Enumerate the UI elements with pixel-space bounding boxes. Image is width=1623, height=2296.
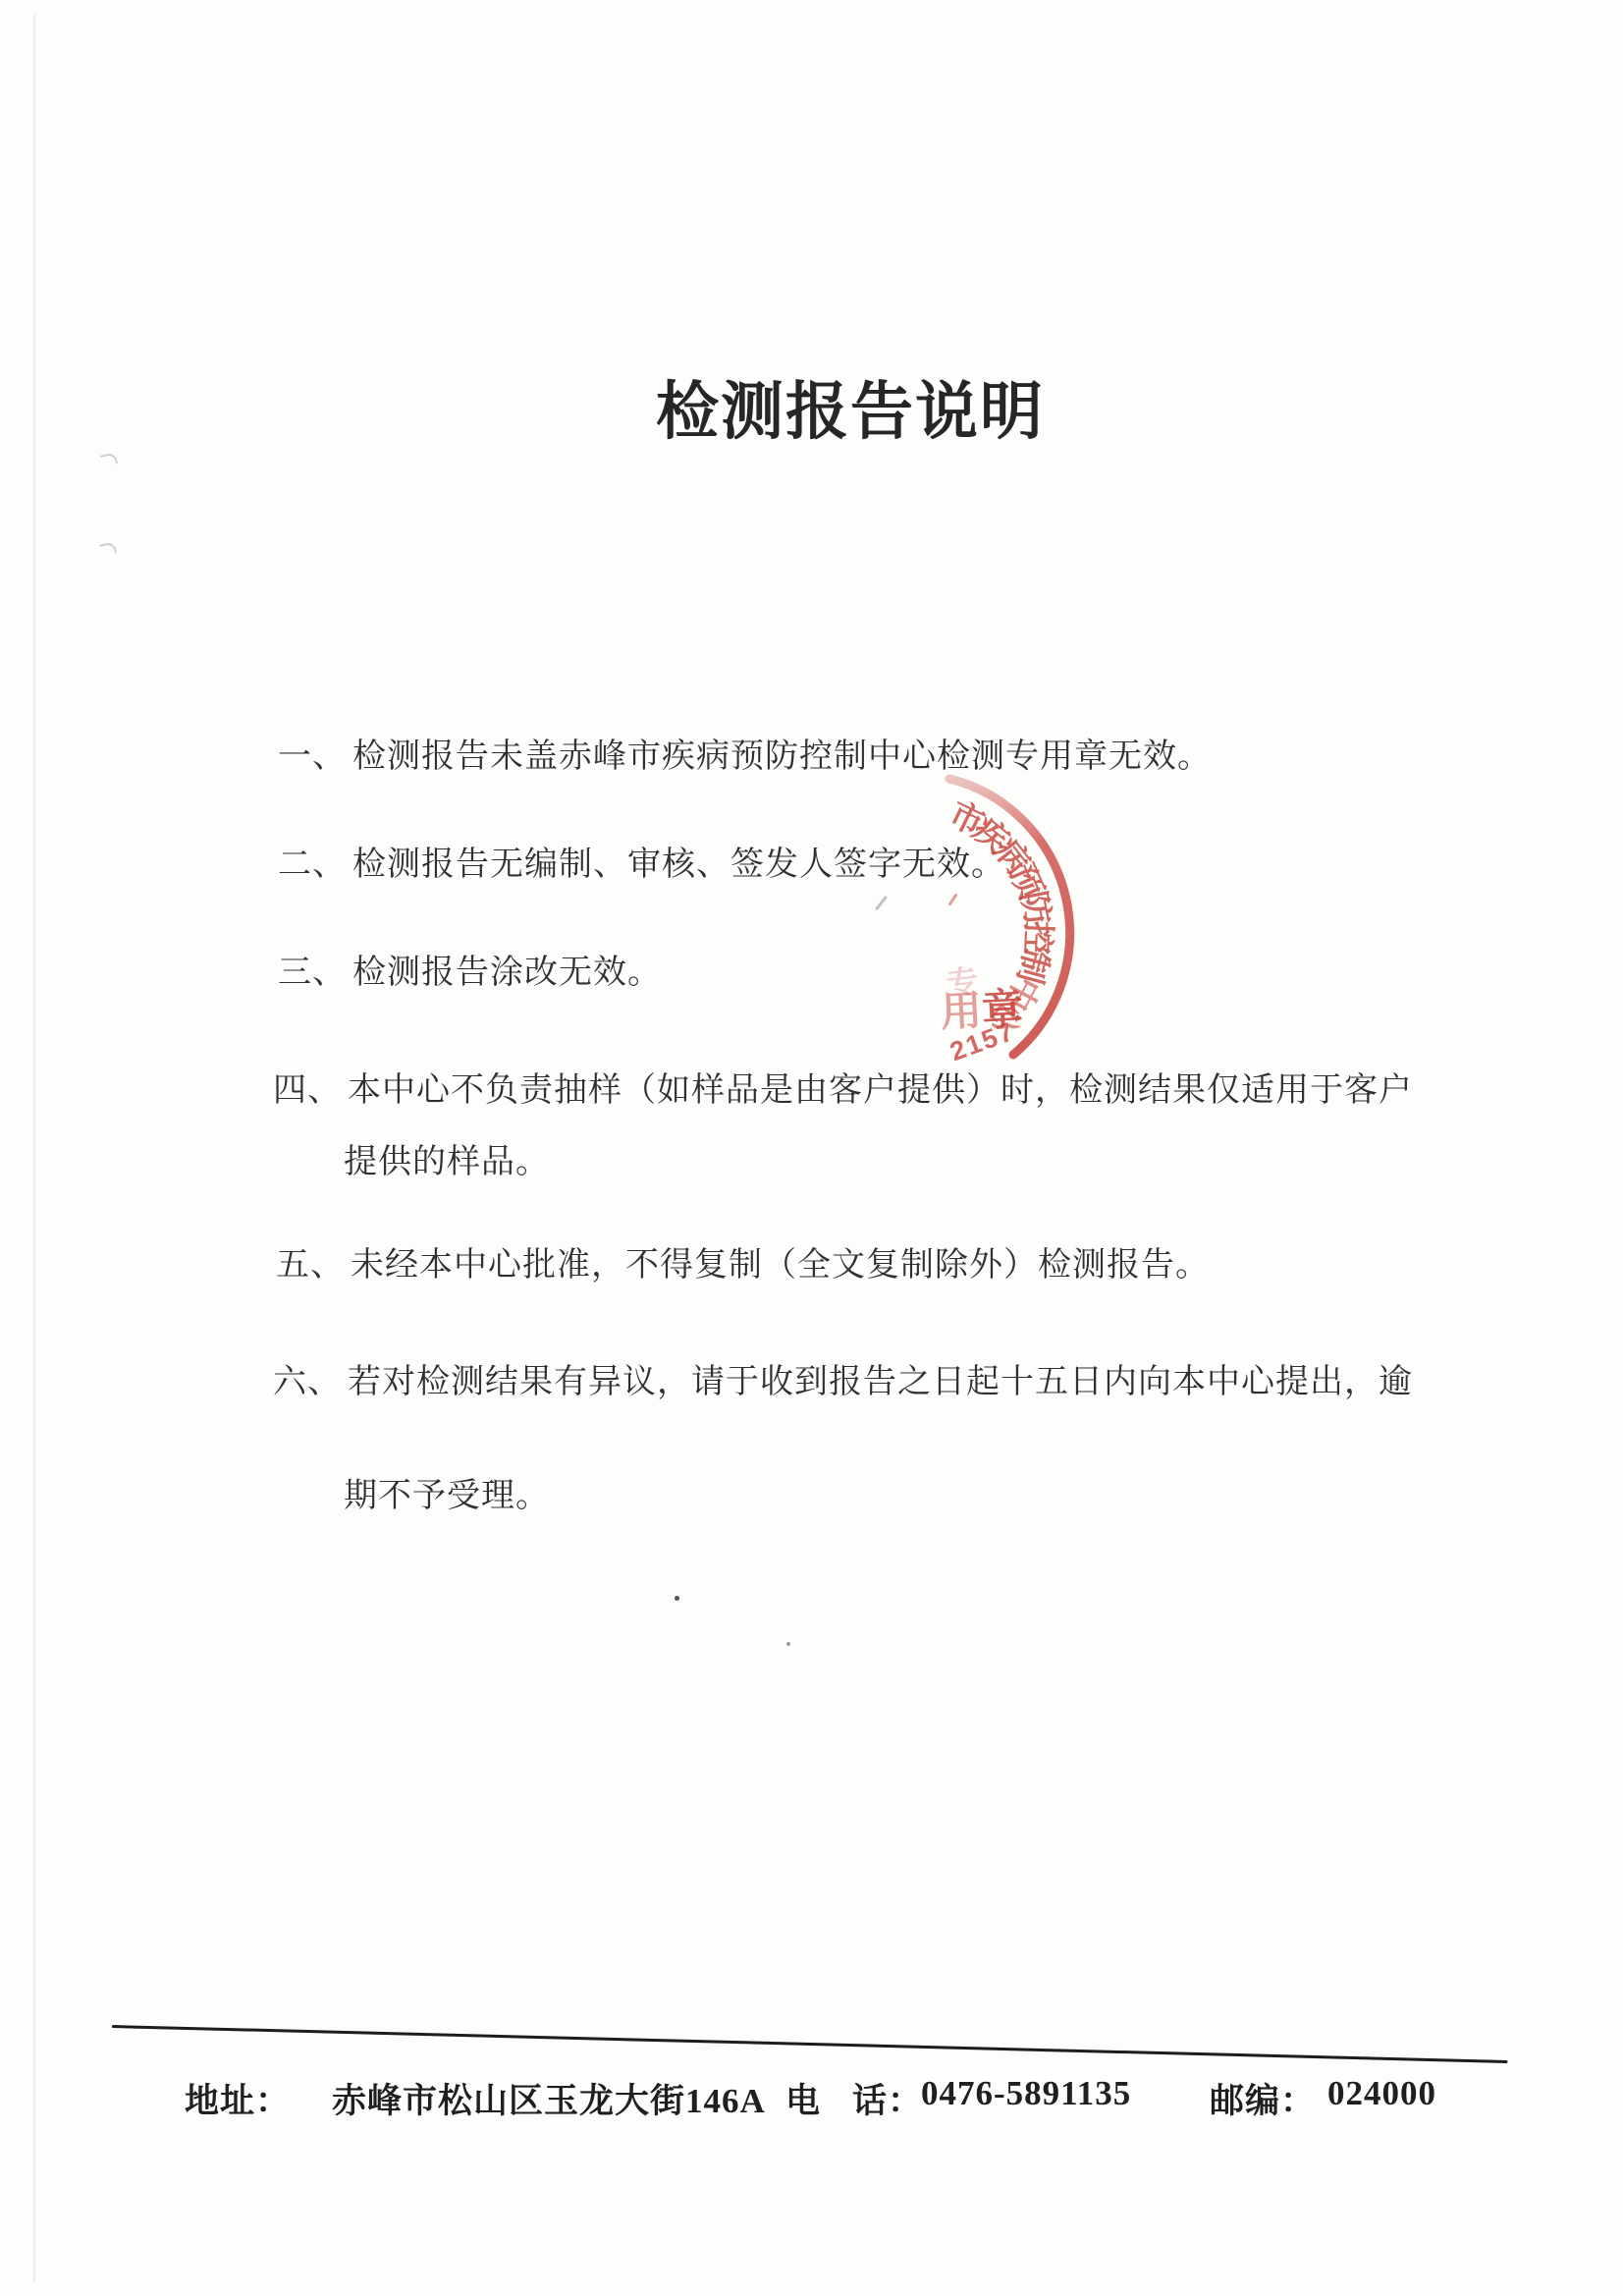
footer-divider-line: [112, 2025, 1508, 2063]
item-number: 二、: [278, 847, 347, 883]
pen-mark: [100, 452, 118, 466]
scanned-report-page: 检测报告说明 一、检测报告未盖赤峰市疾病预防控制中心检测专用章无效。 二、检测报…: [0, 0, 1623, 2296]
list-item-5: 五、未经本中心批准，不得复制（全文复制除外）检测报告。: [276, 1237, 1210, 1285]
item-text: 未经本中心批准，不得复制（全文复制除外）检测报告。: [351, 1247, 1210, 1284]
footer-phone-label: 电: [785, 2074, 821, 2123]
footer-address-value: 赤峰市松山区玉龙大街146A: [332, 2074, 766, 2123]
scan-edge-line: [33, 14, 35, 2282]
page-title: 检测报告说明: [656, 361, 1045, 452]
item-number: 三、: [278, 955, 347, 991]
item-number: 六、: [273, 1364, 342, 1400]
item-number: 五、: [276, 1247, 345, 1284]
footer-phone-value: 0476-5891135: [921, 2074, 1131, 2113]
scan-speck: [786, 1642, 790, 1646]
stamp-ring-arc: [687, 727, 1139, 1159]
list-item-4-wrap: 提供的样品。: [344, 1134, 550, 1182]
item-text: 期不予受理。: [344, 1478, 550, 1514]
item-text: 若对检测结果有异议，请于收到报告之日起十五日内向本中心提出，逾: [348, 1364, 1413, 1400]
footer-address-label: 地址：: [185, 2074, 291, 2123]
list-item-3: 三、检测报告涂改无效。: [278, 945, 662, 993]
footer-zip-label: 邮编：: [1210, 2074, 1316, 2123]
list-item-6-wrap: 期不予受理。: [344, 1468, 550, 1516]
item-text: 提供的样品。: [344, 1144, 550, 1180]
pen-mark: [99, 541, 117, 556]
item-text: 检测报告涂改无效。: [352, 955, 662, 991]
list-item-6: 六、若对检测结果有异议，请于收到报告之日起十五日内向本中心提出，逾: [273, 1354, 1413, 1402]
footer-zip-value: 024000: [1327, 2074, 1436, 2113]
item-number: 四、: [273, 1072, 342, 1109]
footer-phone-label: 话：: [852, 2074, 923, 2123]
scan-speck: [675, 1596, 679, 1601]
item-number: 一、: [278, 738, 347, 775]
